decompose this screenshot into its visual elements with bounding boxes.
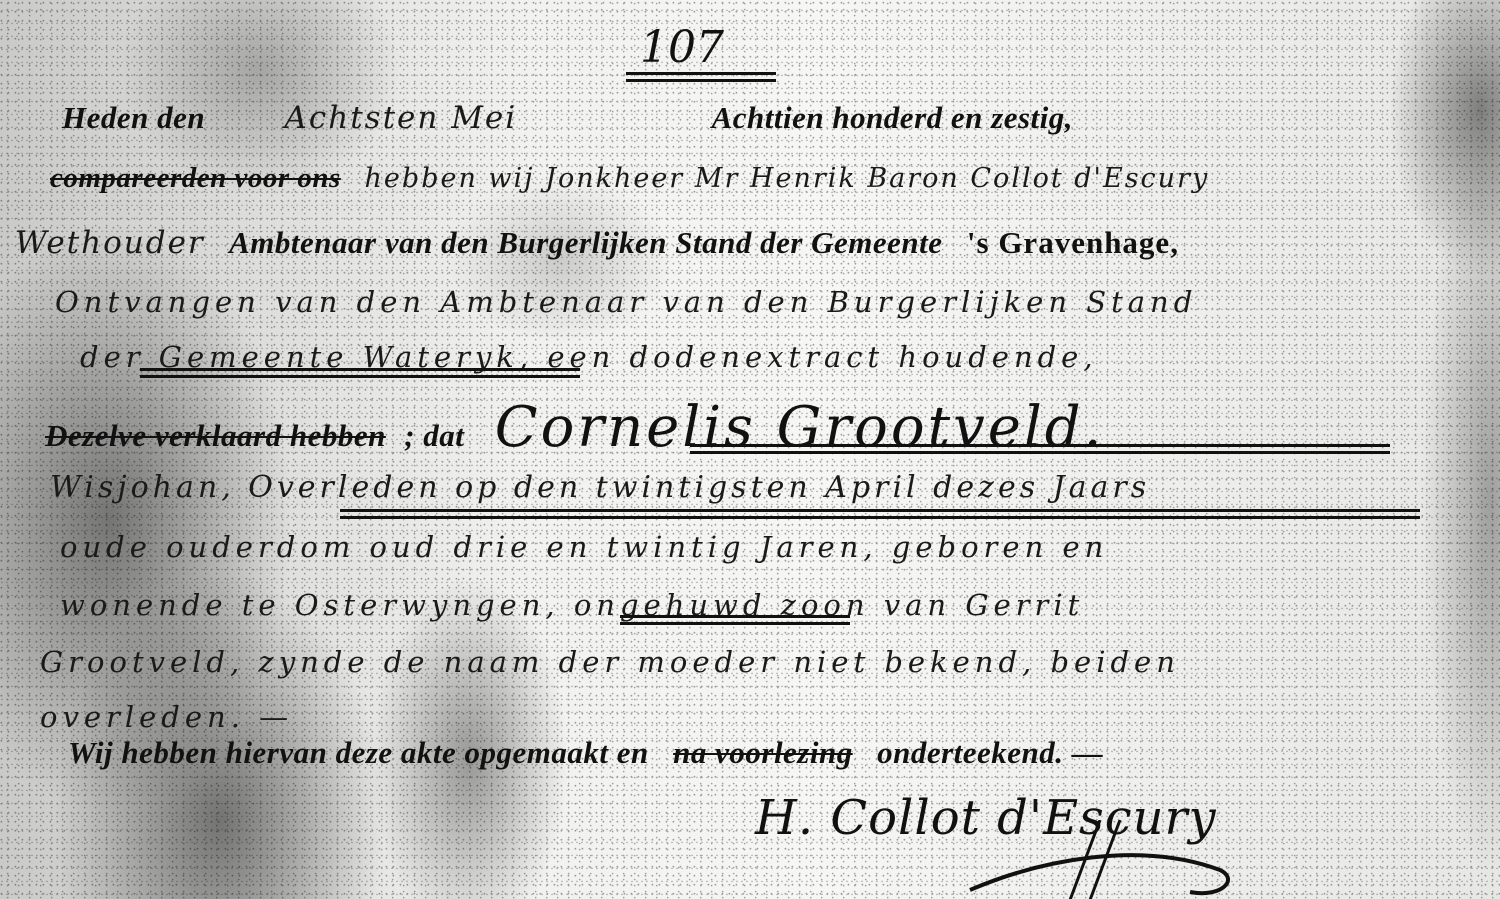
line-12: Wij hebben hiervan deze akte opgemaakt e…: [68, 735, 1117, 771]
line-10: Grootveld, zynde de naam der moeder niet…: [40, 645, 1180, 679]
line-2: compareerden voor ons hebben wij Jonkhee…: [50, 160, 1223, 195]
printed-wij-hebben: Wij hebben hiervan deze akte opgemaakt e…: [68, 735, 649, 771]
handwritten-overleden: Wisjohan, Overleden op den twintigsten A…: [50, 470, 1150, 505]
printed-municipality: 's Gravenhage,: [967, 225, 1179, 261]
handwritten-ontvangen: Ontvangen van den Ambtenaar van den Burg…: [55, 285, 1197, 319]
struck-compareerden: compareerden voor ons: [50, 162, 341, 195]
line-4: Ontvangen van den Ambtenaar van den Burg…: [55, 285, 1197, 319]
record-number-underline: [626, 72, 776, 82]
line-11: overleden. —: [40, 700, 293, 734]
signature-flourish-icon: [960, 820, 1260, 899]
printed-dat: ; dat: [404, 418, 464, 453]
line-8: oude ouderdom oud drie en twintig Jaren,…: [60, 530, 1108, 564]
handwritten-parents: Grootveld, zynde de naam der moeder niet…: [40, 645, 1180, 679]
printed-year: Achttien honderd en zestig,: [712, 100, 1073, 136]
line-3: Wethouder Ambtenaar van den Burgerlijken…: [15, 225, 1193, 261]
handwritten-age: oude ouderdom oud drie en twintig Jaren,…: [60, 530, 1108, 564]
handwritten-wethouder: Wethouder: [15, 225, 205, 261]
underline-wateryk: [140, 368, 580, 378]
printed-onderteekend: onderteekend. —: [877, 735, 1103, 771]
printed-ambtenaar: Ambtenaar van den Burgerlijken Stand der…: [229, 225, 942, 261]
handwritten-residence: wonende te Osterwyngen, ongehuwd zoon va…: [60, 588, 1084, 622]
printed-heden-den: Heden den: [62, 100, 205, 136]
underline-name: [690, 444, 1390, 454]
handwritten-official-name: hebben wij Jonkheer Mr Henrik Baron Coll…: [365, 163, 1210, 194]
underline-ongehuwd: [620, 615, 850, 625]
line-7: Wisjohan, Overleden op den twintigsten A…: [50, 470, 1150, 505]
line-1: Heden den Achtsten Mei Achttien honderd …: [62, 100, 1087, 136]
struck-dezelve: Dezelve verklaard hebben: [45, 418, 386, 453]
underline-overleden: [340, 509, 1420, 519]
handwritten-overleden-end: overleden. —: [40, 700, 293, 734]
struck-voorlezing: na voorlezing: [673, 735, 853, 771]
handwritten-date: Achtsten Mei: [284, 100, 517, 136]
record-number: 107: [640, 22, 724, 73]
line-9: wonende te Osterwyngen, ongehuwd zoon va…: [60, 588, 1084, 622]
